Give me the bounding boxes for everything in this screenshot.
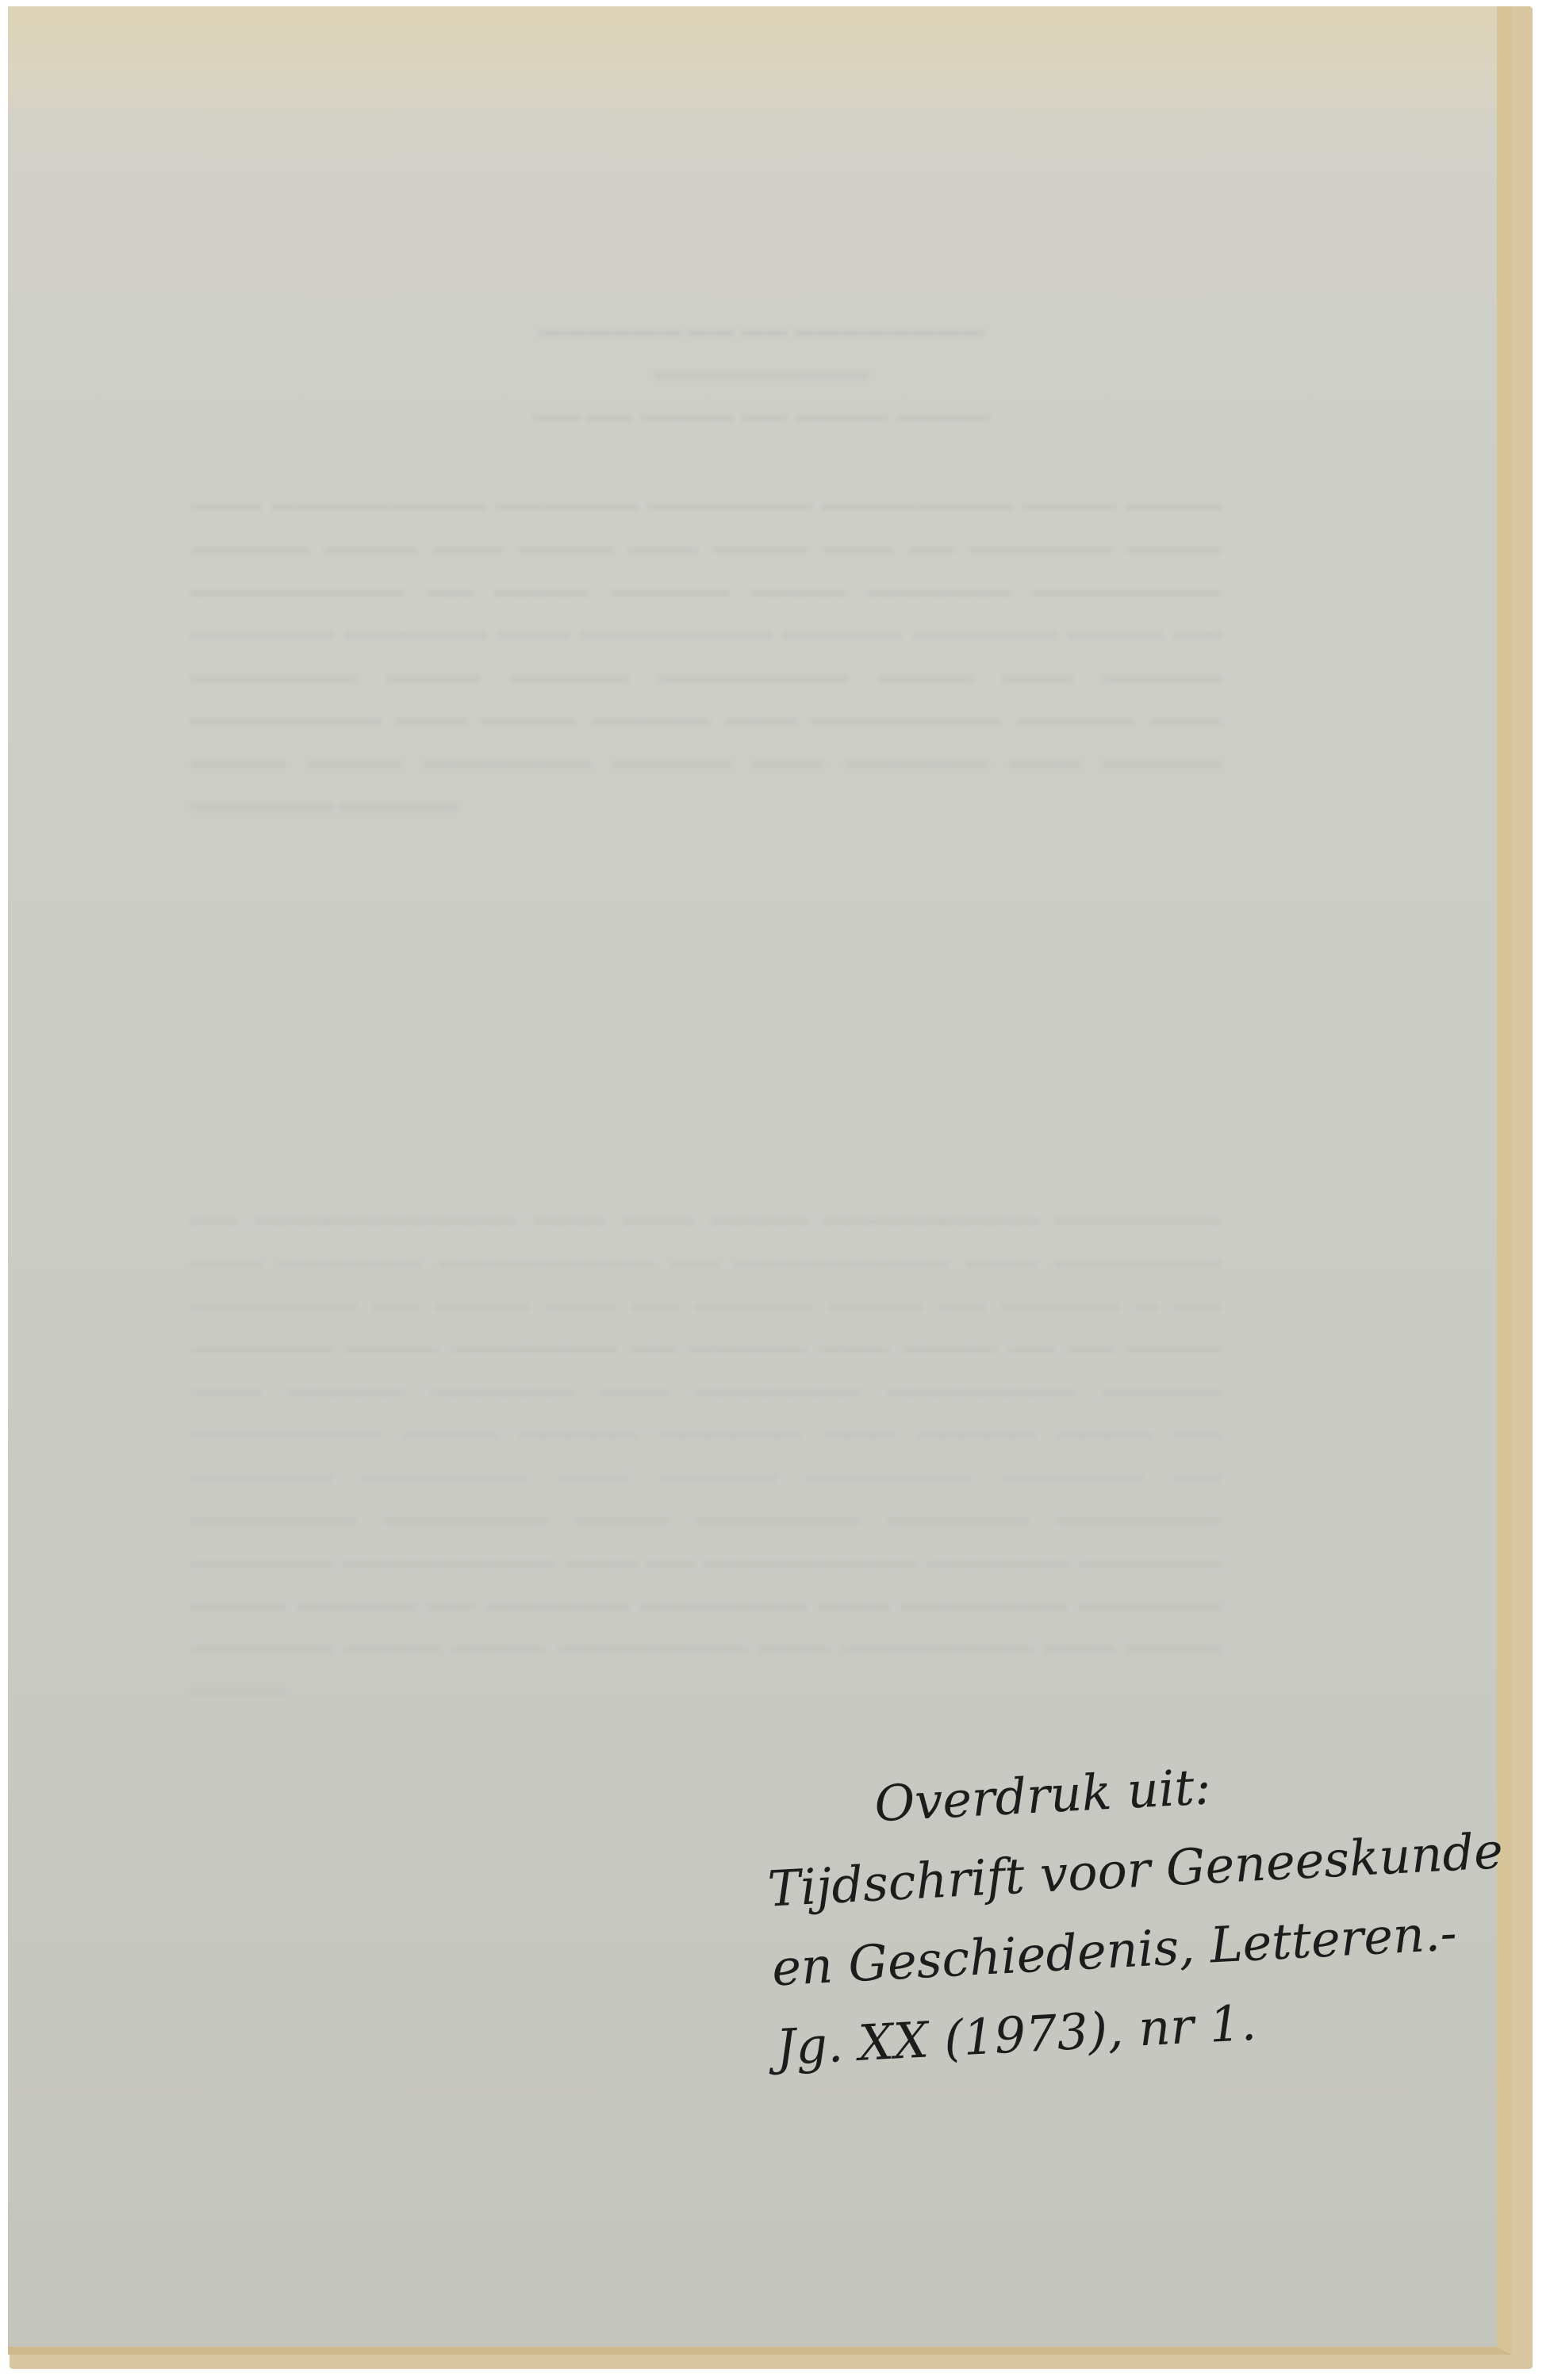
document-page: ▬▬▬▬▬▬ ▬▬ ▬▬ ▬▬▬▬▬▬▬▬ ▬▬▬▬▬▬▬▬▬ ▬▬ ▬▬ ▬▬… — [8, 6, 1511, 2355]
handwritten-note: Overdruk uit: Tijdschrift voor Geneeskun… — [762, 1733, 1491, 2088]
show-through-paragraph: ▬▬▬ ▬▬▬▬▬▬▬▬▬ ▬▬▬▬▬▬ ▬▬▬▬▬▬▬ ▬▬▬▬▬▬▬▬ ▬▬… — [190, 482, 1222, 825]
show-through-title: ▬▬▬▬▬▬ ▬▬ ▬▬ ▬▬▬▬▬▬▬▬ ▬▬▬▬▬▬▬▬▬ ▬▬ ▬▬ ▬▬… — [405, 308, 1118, 436]
show-through-paragraph: ▬▬ ▬▬▬▬▬▬▬▬▬▬▬ ▬▬▬ ▬▬▬ ▬▬▬▬ ▬▬▬▬▬▬▬▬▬ ▬▬… — [190, 1196, 1222, 1710]
